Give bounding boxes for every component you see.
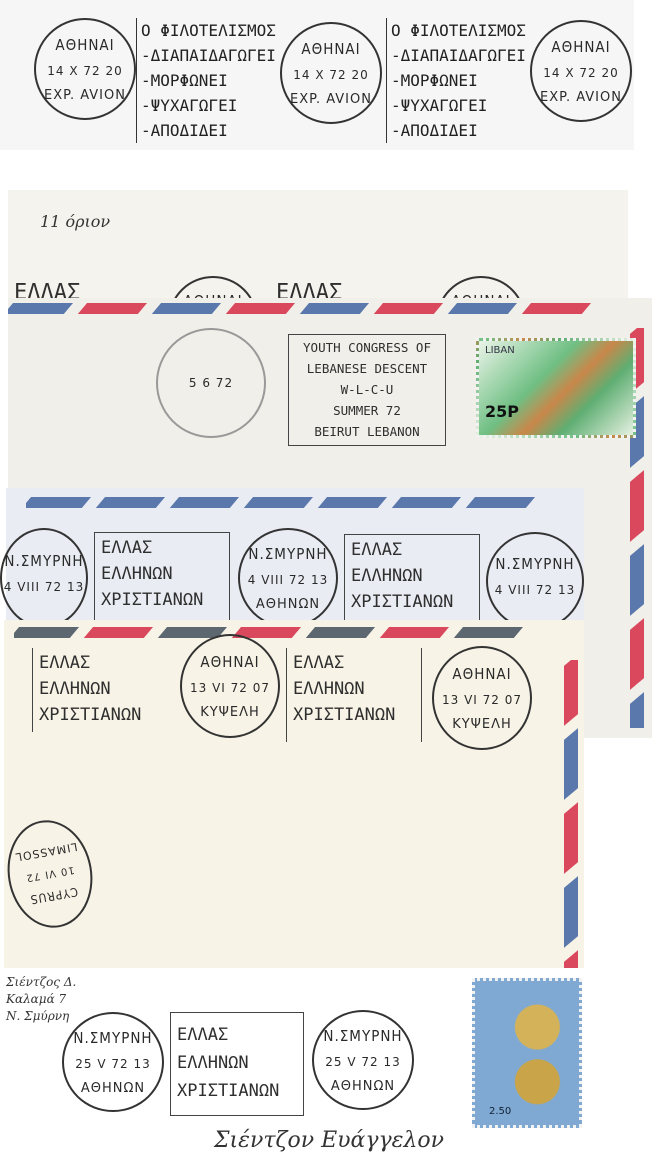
handwritten-note: 11 όριον (40, 212, 110, 231)
postmark-circle: 5 6 72 (156, 328, 266, 438)
envelope-athens-kypseli: ΕΛΛΑΣΕΛΛΗΝΩΝΧΡΙΣΤΙΑΝΩΝ ΑΘΗΝΑΙ13 VI 72 07… (4, 620, 584, 970)
envelope-nea-smyrni-aug: Ν.ΣΜΥΡΝΗ4 VIII 72 13 ΕΛΛΑΣΕΛΛΗΝΩΝΧΡΙΣΤΙΑ… (6, 488, 584, 638)
postmark-circle: ΑΘΗΝΑΙ 14 X 72 20 EXP. AVION (34, 18, 136, 120)
stamp-greece-coins: 2.50 (472, 978, 582, 1128)
slogan-cancel-youth-congress: YOUTH CONGRESS OFLEBANESE DESCENTW-L-C-U… (288, 334, 446, 446)
slogan-cancel: ΕΛΛΑΣΕΛΛΗΝΩΝΧΡΙΣΤΙΑΝΩΝ (94, 532, 230, 622)
stamp-lebanon-bird: LIBAN 25P (476, 338, 636, 438)
envelope-nea-smyrni-may: Σιέντζος Δ.Καλαμά 7Ν. Σμύρνη Ν.ΣΜΥΡΝΗ25 … (0, 968, 654, 1167)
slogan-cancel: Ο ΦΙΛΟΤΕΛΙΣΜΟΣ-ΔΙΑΠΑΙΔΑΓΩΓΕΙ-ΜΟΡΦΩΝΕΙ-ΨΥ… (136, 18, 276, 143)
backstamp-limassol: CYPRUS10 VI 72LIMASSOL (0, 814, 101, 935)
slogan-cancel: Ο ΦΙΛΟΤΕΛΙΣΜΟΣ-ΔΙΑΠΑΙΔΑΓΩΓΕΙ-ΜΟΡΦΩΝΕΙ-ΨΥ… (386, 18, 526, 143)
slogan-cancel: ΕΛΛΑΣΕΛΛΗΝΩΝΧΡΙΣΤΙΑΝΩΝ (286, 648, 422, 742)
postmark-circle: ΑΘΗΝΑΙ13 VI 72 07ΚΥΨΕΛΗ (432, 646, 532, 750)
postmark-circle: Ν.ΣΜΥΡΝΗ4 VIII 72 13 (486, 532, 584, 630)
airmail-border-right (564, 660, 582, 970)
airmail-border-top (8, 300, 652, 314)
slogan-cancel: ΕΛΛΑΣΕΛΛΗΝΩΝΧΡΙΣΤΙΑΝΩΝ (170, 1012, 304, 1116)
postmark-circle: ΑΘΗΝΑΙ13 VI 72 07ΚΥΨΕΛΗ (180, 634, 280, 738)
airmail-border-top (14, 624, 574, 638)
handwritten-addressee: Σιέντζον Ευάγγελον (214, 1128, 444, 1153)
postmark-circle: Ν.ΣΜΥΡΝΗ4 VIII 72 13 (0, 528, 88, 628)
postmark-circle: ΑΘΗΝΑΙ 14 X 72 20 EXP. AVION (530, 20, 632, 122)
slogan-cancel: ΕΛΛΑΣΕΛΛΗΝΩΝΧΡΙΣΤΙΑΝΩΝ (344, 534, 480, 624)
envelope-athens-exp-avion: ΑΘΗΝΑΙ 14 X 72 20 EXP. AVION Ο ΦΙΛΟΤΕΛΙΣ… (0, 0, 634, 150)
postmark-circle: Ν.ΣΜΥΡΝΗ4 VIII 72 13ΑΘΗΝΩΝ (238, 528, 338, 628)
postmark-circle: Ν.ΣΜΥΡΝΗ25 V 72 13ΑΘΗΝΩΝ (312, 1010, 414, 1110)
slogan-cancel: ΕΛΛΑΣΕΛΛΗΝΩΝΧΡΙΣΤΙΑΝΩΝ (32, 648, 168, 732)
handwritten-sender: Σιέντζος Δ.Καλαμά 7Ν. Σμύρνη (6, 974, 76, 1025)
postmark-circle: Ν.ΣΜΥΡΝΗ25 V 72 13ΑΘΗΝΩΝ (62, 1012, 164, 1112)
airmail-border-top (26, 494, 566, 508)
postmark-circle: ΑΘΗΝΑΙ 14 X 72 20 EXP. AVION (280, 22, 382, 124)
